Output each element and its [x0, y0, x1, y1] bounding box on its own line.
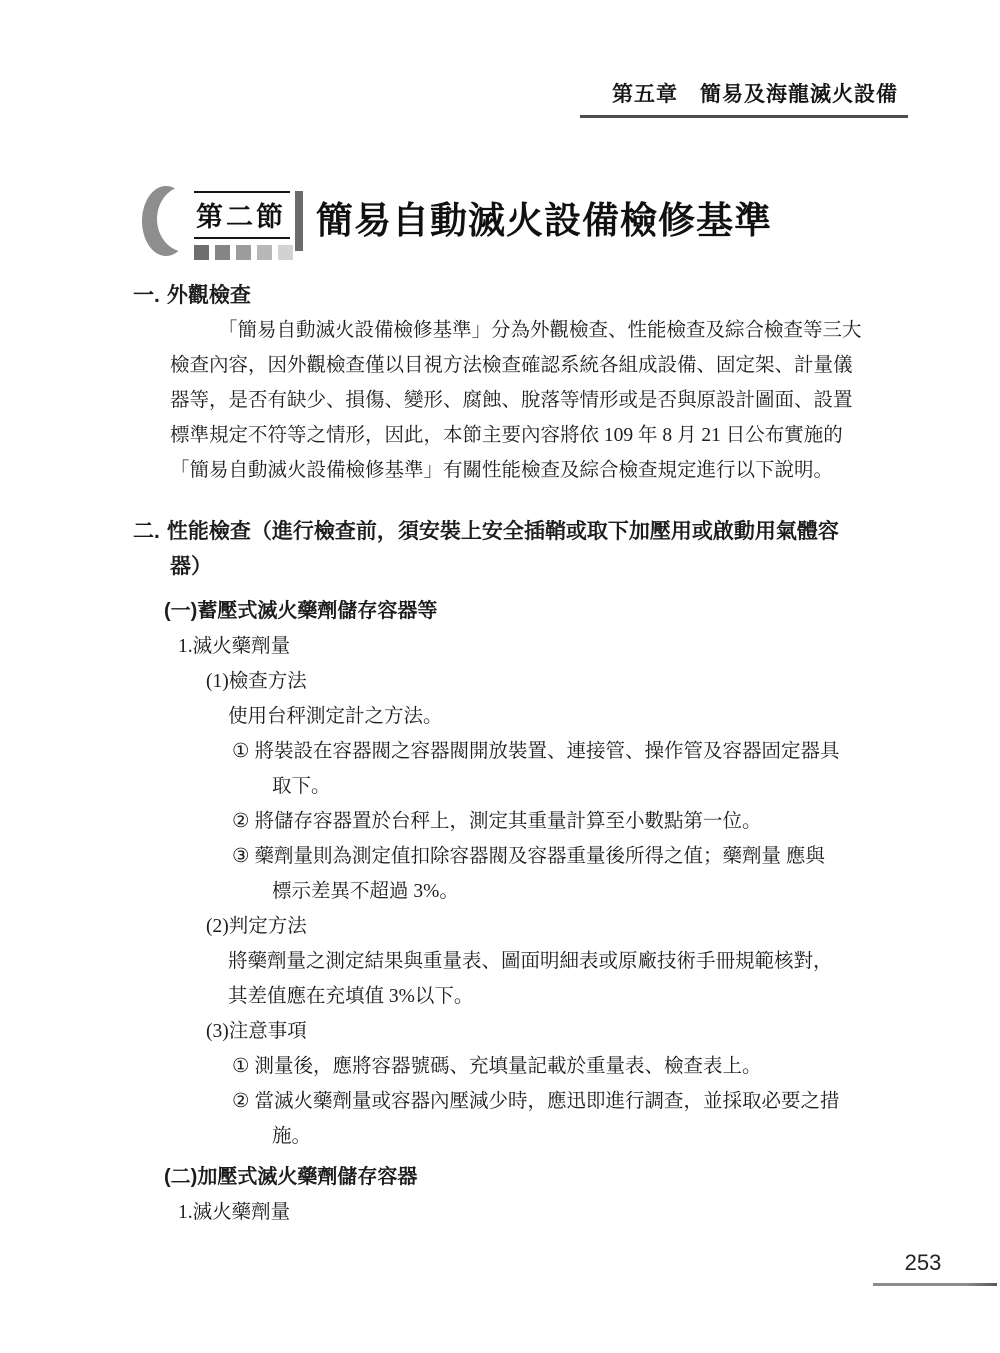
circled-number-icon: ②	[232, 804, 249, 839]
section-banner: 第二節 簡易自動滅火設備檢修基準	[142, 186, 772, 261]
list-item-continuation: 取下。	[272, 769, 893, 804]
list-item: 其差值應在充填值 3%以下。	[228, 979, 893, 1014]
heading-continuation: 器）	[170, 549, 893, 584]
list-item-continuation: 標示差異不超過 3%。	[272, 874, 893, 909]
list-item: 1.滅火藥劑量	[178, 1195, 893, 1230]
list-item: (1)檢查方法	[206, 664, 893, 699]
heading-number: 二.	[133, 514, 160, 549]
subheading-stored-pressure-container: (一)蓄壓式滅火藥劑儲存容器等	[164, 594, 893, 629]
section-badge-label: 第二節	[194, 193, 290, 237]
square-icon	[278, 245, 293, 260]
list-item-continuation: 施。	[272, 1119, 893, 1154]
crescent-moon-icon	[142, 186, 190, 261]
circled-number-icon: ③	[232, 839, 249, 874]
heading-performance-inspection: 二. 性能檢查（進行檢查前，須安裝上安全插鞘或取下加壓用或啟動用氣體容	[133, 514, 893, 549]
subheading-pressurized-container: (二)加壓式滅火藥劑儲存容器	[164, 1160, 893, 1195]
square-icon	[257, 245, 272, 260]
paragraph-line: 檢查內容，因外觀檢查僅以目視方法檢查確認系統各組成設備、固定架、計量儀	[170, 348, 893, 383]
list-item: ③ 藥劑量則為測定值扣除容器閥及容器重量後所得之值；藥劑量 應與	[232, 839, 893, 874]
circled-number-icon: ①	[232, 734, 249, 769]
list-item-text: 當滅火藥劑量或容器內壓減少時，應迅即進行調查，並採取必要之措	[254, 1084, 839, 1119]
list-item-text: 測量後，應將容器號碼、充填量記載於重量表、檢查表上。	[254, 1049, 761, 1084]
chapter-heading: 第五章 簡易及海龍滅火設備	[580, 78, 908, 118]
heading-text: 性能檢查（進行檢查前，須安裝上安全插鞘或取下加壓用或啟動用氣體容	[167, 514, 839, 549]
list-item-text: 將裝設在容器閥之容器閥開放裝置、連接管、操作管及容器固定器具	[254, 734, 839, 769]
list-item-text: 藥劑量則為測定值扣除容器閥及容器重量後所得之值；藥劑量 應與	[254, 839, 824, 874]
heading-appearance-inspection: 一. 外觀檢查	[133, 278, 893, 313]
list-item: ② 當滅火藥劑量或容器內壓減少時，應迅即進行調查，並採取必要之措	[232, 1084, 893, 1119]
list-item: 使用台秤測定計之方法。	[228, 699, 893, 734]
section-title: 簡易自動滅火設備檢修基準	[316, 190, 772, 244]
paragraph-line: 器等，是否有缺少、損傷、變形、腐蝕、脫落等情形或是否與原設計圖面、設置	[170, 383, 893, 418]
list-item: ① 測量後，應將容器號碼、充填量記載於重量表、檢查表上。	[232, 1049, 893, 1084]
circled-number-icon: ②	[232, 1084, 249, 1119]
square-icon	[236, 245, 251, 260]
badge-bottom-rule	[194, 237, 290, 239]
square-icon	[194, 245, 209, 260]
paragraph-line: 標準規定不符等之情形，因此，本節主要內容將依 109 年 8 月 21 日公布實…	[170, 418, 893, 453]
gradient-squares-decoration	[194, 245, 290, 260]
circled-number-icon: ①	[232, 1049, 249, 1084]
list-item: (3)注意事項	[206, 1014, 893, 1049]
badge-vertical-bar	[295, 191, 303, 251]
square-icon	[215, 245, 230, 260]
list-item: 將藥劑量之測定結果與重量表、圖面明細表或原廠技術手冊規範核對，	[228, 944, 893, 979]
list-item: ② 將儲存容器置於台秤上，測定其重量計算至小數點第一位。	[232, 804, 893, 839]
section-badge: 第二節	[194, 186, 290, 260]
page-number: 253	[873, 1250, 973, 1276]
list-item-text: 將儲存容器置於台秤上，測定其重量計算至小數點第一位。	[254, 804, 761, 839]
document-body: 一. 外觀檢查 「簡易自動滅火設備檢修基準」分為外觀檢查、性能檢查及綜合檢查等三…	[133, 278, 893, 1230]
list-item: 1.滅火藥劑量	[178, 629, 893, 664]
paragraph-line: 「簡易自動滅火設備檢修基準」分為外觀檢查、性能檢查及綜合檢查等三大	[170, 313, 893, 348]
footer-rule	[873, 1283, 997, 1286]
list-item: (2)判定方法	[206, 909, 893, 944]
paragraph-line: 「簡易自動滅火設備檢修基準」有關性能檢查及綜合檢查規定進行以下說明。	[170, 453, 893, 488]
list-item: ① 將裝設在容器閥之容器閥開放裝置、連接管、操作管及容器固定器具	[232, 734, 893, 769]
heading-number: 一.	[133, 278, 160, 313]
heading-text: 外觀檢查	[167, 278, 251, 313]
